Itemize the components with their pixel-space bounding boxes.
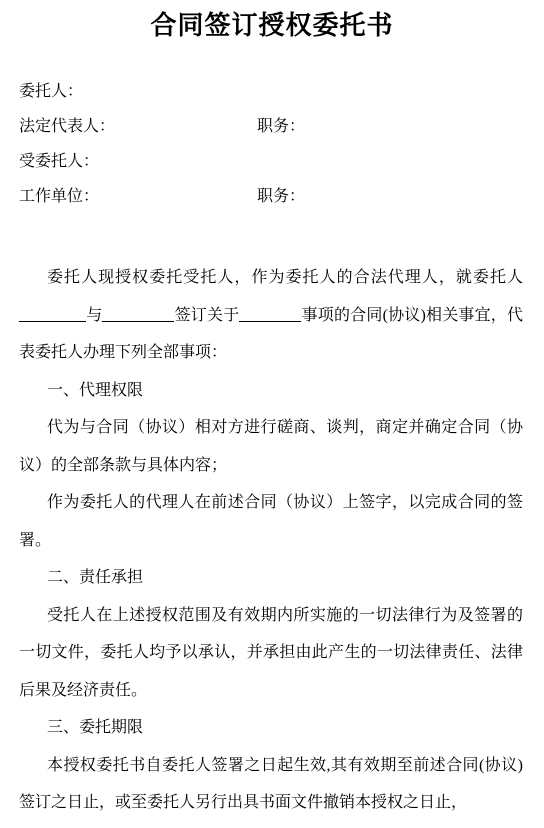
section-1-para-1: 代为与合同（协议）相对方进行磋商、谈判，商定并确定合同（协议）的全部条款与具体内… — [19, 409, 523, 484]
document-title: 合同签订授权委托书 — [0, 5, 544, 42]
field-row-legal-representative: 法定代表人： 职务： — [0, 109, 544, 144]
section-2-para-1: 受托人在上述授权范围及有效期内所实施的一切法律行为及签署的一切文件，委托人均予以… — [19, 597, 523, 710]
fill-in-blank[interactable] — [239, 307, 301, 322]
principal-label: 委托人： — [19, 83, 83, 100]
field-row-work-unit: 工作单位： 职务： — [0, 179, 544, 214]
document-page: 合同签订授权委托书 委托人： 法定代表人： 职务： 受委托人： 工作单位： 职务… — [0, 0, 544, 828]
field-row-attorney: 受委托人： — [0, 144, 544, 179]
section-3-heading: 三、委托期限 — [19, 709, 523, 747]
section-1-heading: 一、代理权限 — [19, 372, 523, 410]
section-1-para-2: 作为委托人的代理人在前述合同（协议）上签字，以完成合同的签署。 — [19, 484, 523, 559]
paragraph-text: 与 — [86, 307, 102, 324]
section-3-para-1: 本授权委托书自委托人签署之日起生效,其有效期至前述合同(协议)签订之日止，或至委… — [19, 747, 523, 822]
work-unit-label: 工作单位： — [19, 188, 99, 205]
fill-in-blank[interactable] — [102, 307, 174, 322]
section-2-heading: 二、责任承担 — [19, 559, 523, 597]
intro-paragraph: 委托人现授权委托受托人，作为委托人的合法代理人，就委托人与签订关于事项的合同(协… — [19, 259, 523, 372]
field-row-principal: 委托人： — [0, 74, 544, 109]
position-label-2: 职务： — [257, 179, 305, 214]
legal-representative-label: 法定代表人： — [19, 118, 115, 135]
document-body: 委托人现授权委托受托人，作为委托人的合法代理人，就委托人与签订关于事项的合同(协… — [19, 259, 523, 822]
fields-section: 委托人： 法定代表人： 职务： 受委托人： 工作单位： 职务： — [0, 74, 544, 214]
paragraph-text: 委托人现授权委托受托人，作为委托人的合法代理人，就委托人 — [47, 269, 523, 286]
fill-in-blank[interactable] — [19, 307, 86, 322]
position-label-1: 职务： — [257, 109, 305, 144]
paragraph-text: 签订关于 — [174, 307, 239, 324]
attorney-label: 受委托人： — [19, 153, 99, 170]
